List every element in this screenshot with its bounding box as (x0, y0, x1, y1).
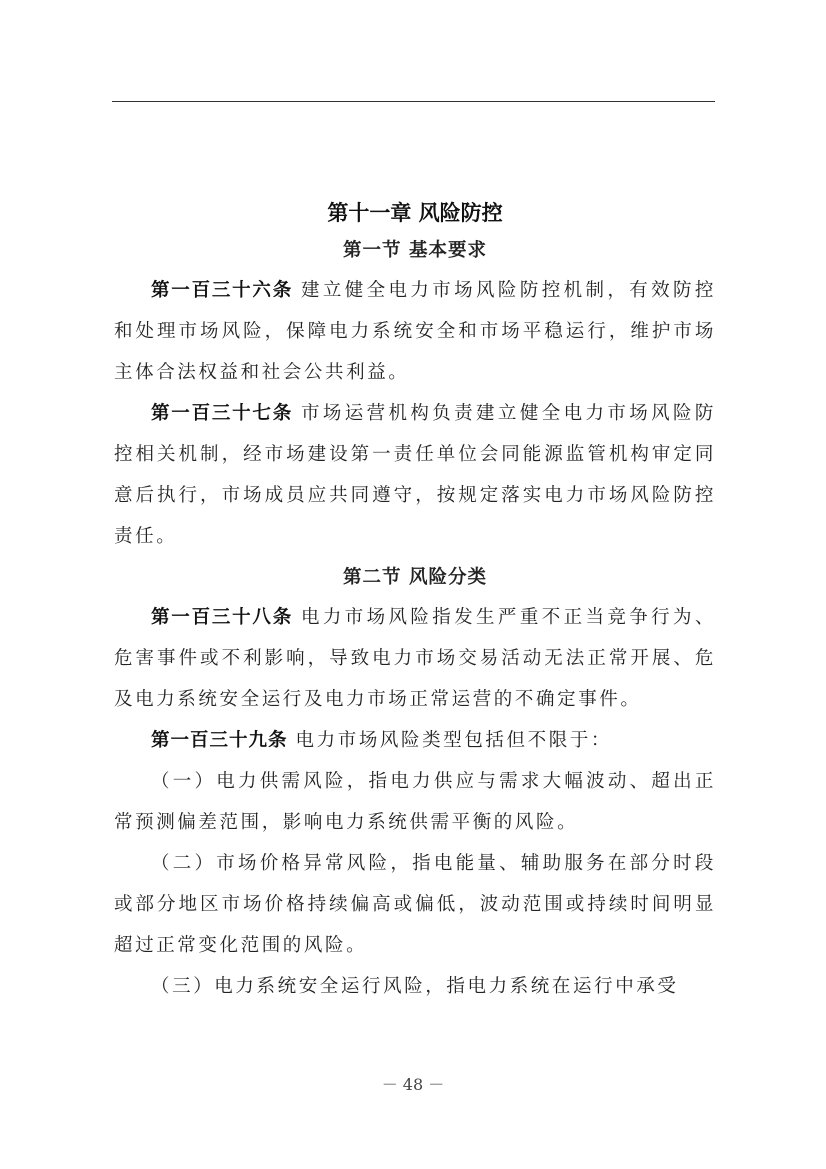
article-139: 第一百三十九条电力市场风险类型包括但不限于： (114, 720, 716, 761)
article-label: 第一百三十九条 (151, 730, 288, 751)
section-title: 第一节 基本要求 (114, 232, 716, 270)
document-body: 第十一章 风险防控 第一节 基本要求 第一百三十六条建立健全电力市场风险防控机制… (114, 194, 716, 1007)
page-number: － 48 － (0, 1072, 826, 1095)
article-136: 第一百三十六条建立健全电力市场风险防控机制，有效防控和处理市场风险，保障电力系统… (114, 270, 716, 393)
article-label: 第一百三十八条 (151, 607, 293, 628)
article-text: 电力市场风险类型包括但不限于： (296, 730, 613, 751)
list-item: （三）电力系统安全运行风险，指电力系统在运行中承受 (114, 966, 716, 1007)
header-rule (112, 101, 715, 102)
list-item: （二）市场价格异常风险，指电能量、辅助服务在部分时段或部分地区市场价格持续偏高或… (114, 843, 716, 966)
article-137: 第一百三十七条市场运营机构负责建立健全电力市场风险防控相关机制，经市场建设第一责… (114, 393, 716, 557)
article-label: 第一百三十七条 (151, 403, 293, 424)
article-text: 市场运营机构负责建立健全电力市场风险防控相关机制，经市场建设第一责任单位会同能源… (114, 403, 716, 547)
list-item: （一）电力供需风险，指电力供应与需求大幅波动、超出正常预测偏差范围，影响电力系统… (114, 761, 716, 843)
chapter-title: 第十一章 风险防控 (114, 194, 716, 232)
article-138: 第一百三十八条电力市场风险指发生严重不正当竞争行为、危害事件或不利影响，导致电力… (114, 597, 716, 720)
section-title: 第二节 风险分类 (114, 559, 716, 597)
article-label: 第一百三十六条 (151, 280, 293, 301)
